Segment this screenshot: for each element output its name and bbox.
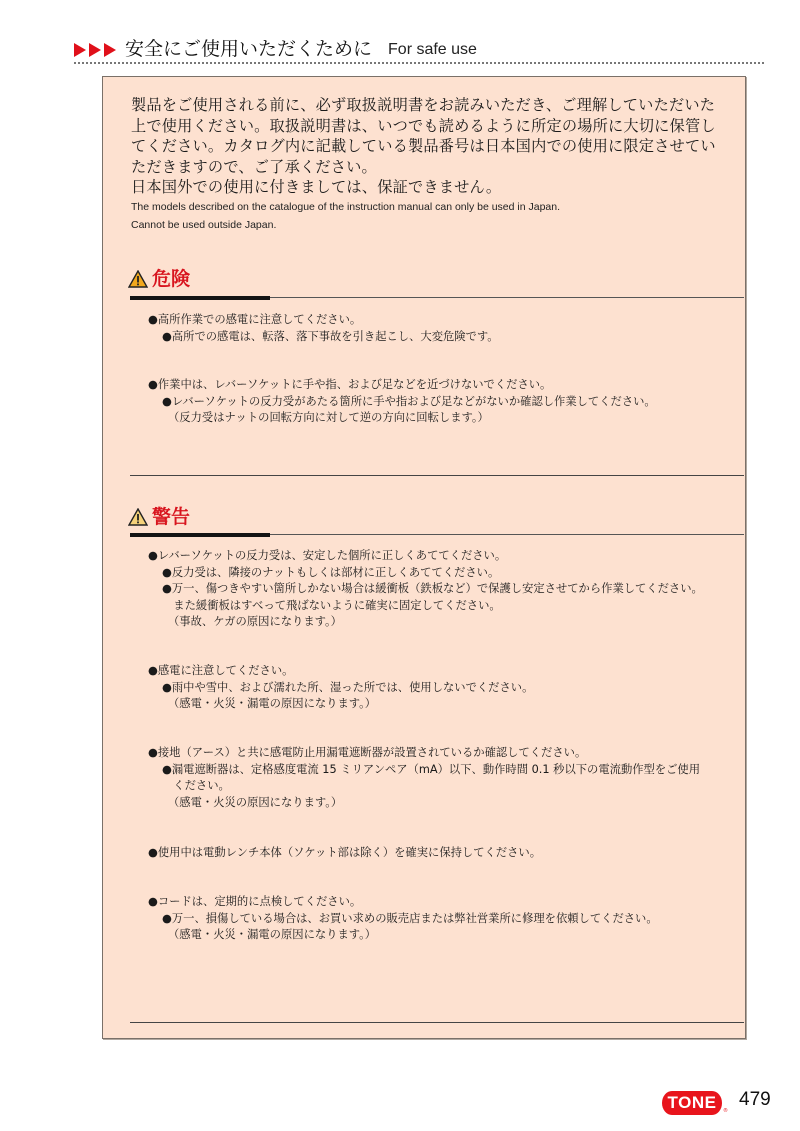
- intro-line-en: The models described on the catalogue of…: [131, 198, 751, 216]
- danger-item: ●作業中は、レバーソケットに手や指、および足などを近づけないでください。 ●レバ…: [148, 377, 738, 427]
- warning-item: ●レバーソケットの反力受は、安定した個所に正しくあててください。 ●反力受は、隣…: [148, 548, 738, 631]
- section-separator: [130, 1022, 744, 1023]
- intro-line: てください。カタログ内に記載している製品番号は日本国内での使用に限定させてい: [131, 136, 751, 157]
- intro-line: 日本国外での使用に付きましては、保証できません。: [131, 177, 751, 198]
- danger-heading: 危険: [128, 267, 190, 291]
- page-number: 479: [739, 1089, 771, 1111]
- intro-line: 製品をご使用される前に、必ず取扱説明書をお読みいただき、ご理解していただいた: [131, 95, 751, 116]
- tone-logo: TONE: [662, 1091, 722, 1115]
- registered-mark: ®: [723, 1108, 728, 1114]
- warning-title: 警告: [152, 505, 190, 529]
- warning-item: ●使用中は電動レンチ本体（ソケット部は除く）を確実に保持してください。: [148, 845, 738, 862]
- danger-title: 危険: [152, 267, 190, 291]
- warning-item: ●接地（アース）と共に感電防止用漏電遮断器が設置されているか確認してください。 …: [148, 745, 738, 811]
- intro-text: 製品をご使用される前に、必ず取扱説明書をお読みいただき、ご理解していただいた 上…: [131, 95, 751, 234]
- triple-arrow-icon: [74, 43, 119, 57]
- intro-line-en: Cannot be used outside Japan.: [131, 216, 751, 234]
- intro-line: 上で使用ください。取扱説明書は、いつでも読めるように所定の場所に大切に保管し: [131, 116, 751, 137]
- divider-accent: [130, 296, 270, 300]
- safety-panel: 製品をご使用される前に、必ず取扱説明書をお読みいただき、ご理解していただいた 上…: [102, 76, 746, 1039]
- danger-item: ●高所作業での感電に注意してください。 ●高所での感電は、転落、落下事故を引き起…: [148, 312, 738, 345]
- page-title-jp: 安全にご使用いただくために: [125, 37, 372, 61]
- page-header: 安全にご使用いただくために For safe use: [74, 36, 764, 64]
- warning-heading: 警告: [128, 505, 190, 529]
- warning-item: ●感電に注意してください。 ●雨中や雪中、および濡れた所、湿った所では、使用しな…: [148, 663, 738, 713]
- intro-line: ただきますので、ご了承ください。: [131, 157, 751, 178]
- divider-accent: [130, 533, 270, 537]
- warning-item: ●コードは、定期的に点検してください。 ●万一、損傷している場合は、お買い求めの…: [148, 894, 738, 944]
- section-separator: [130, 475, 744, 476]
- page-title-en: For safe use: [388, 40, 477, 60]
- warning-triangle-icon: [128, 270, 148, 288]
- warning-triangle-icon: [128, 508, 148, 526]
